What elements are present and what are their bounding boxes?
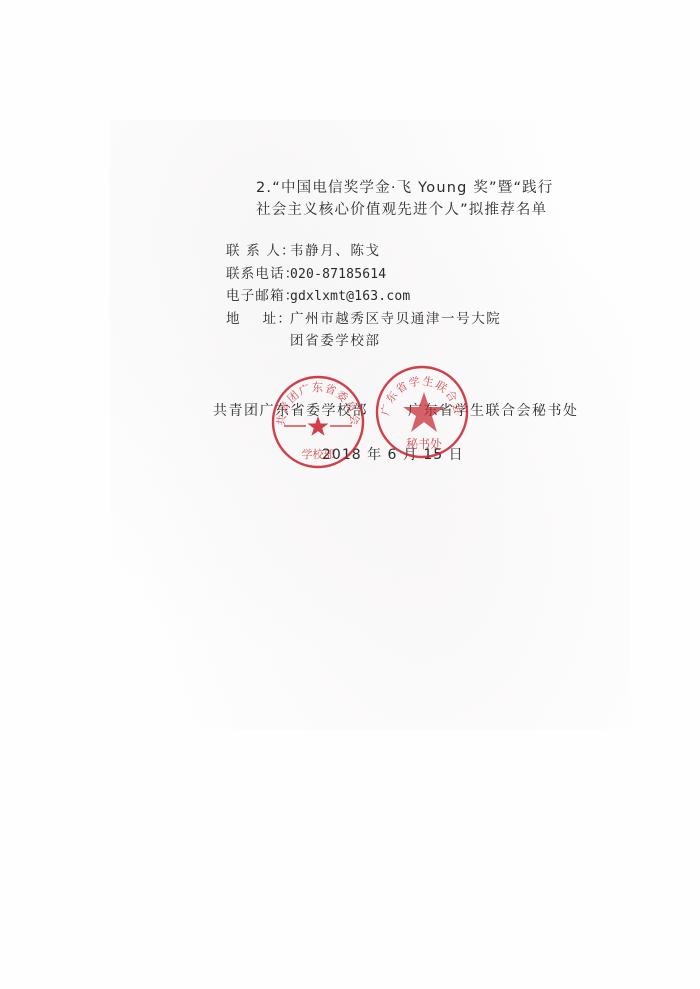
contact-block: 联 系 人：韦静月、陈戈 联系电话：020-87185614 电子邮箱：gdxl… [226,240,501,353]
document-date: 2018 年 6 月 15 日 [322,444,464,464]
signature-org-1: 共青团广东省委学校部 [213,403,368,419]
email-value: gdxlxmt@163.com [290,289,410,304]
address-line-2: 团省委学校部 [290,333,381,349]
phone-value: 020-87185614 [290,267,386,282]
address-label: 地 址： [226,308,290,331]
address-row: 地 址：广州市越秀区寺贝通津一号大院 [226,308,501,331]
phone-label: 联系电话： [226,263,290,286]
contact-person-value: 韦静月、陈戈 [290,243,381,259]
signature-line: 共青团广东省委学校部广东省学生联合会秘书处 [213,400,579,420]
document-page: 2.“中国电信奖学金·飞 Young 奖”暨“践行 社会主义核心价值观先进个人”… [0,0,700,989]
phone-row: 联系电话：020-87185614 [226,263,501,286]
address-row-2: 团省委学校部 [226,330,501,353]
title-line-2: 社会主义核心价值观先进个人”拟推荐名单 [256,199,556,221]
signature-org-2: 广东省学生联合会秘书处 [408,403,579,419]
address-line-1: 广州市越秀区寺贝通津一号大院 [290,311,501,327]
email-row: 电子邮箱：gdxlxmt@163.com [226,285,501,308]
contact-person-row: 联 系 人：韦静月、陈戈 [226,240,501,263]
email-label: 电子邮箱： [226,285,290,308]
contact-person-label: 联 系 人： [226,240,290,263]
document-title: 2.“中国电信奖学金·飞 Young 奖”暨“践行 社会主义核心价值观先进个人”… [256,177,556,221]
title-line-1: 2.“中国电信奖学金·飞 Young 奖”暨“践行 [256,177,556,199]
